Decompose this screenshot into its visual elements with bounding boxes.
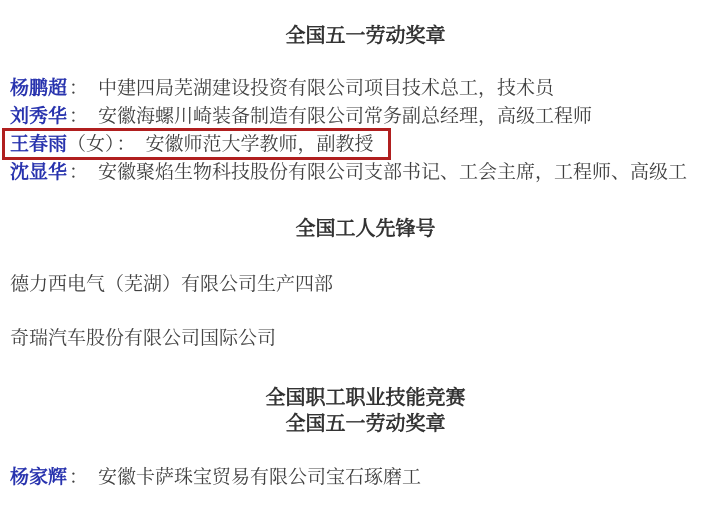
entry-name: 沈显华 (10, 162, 67, 183)
section-title-labor-medal: 全国五一劳动奖章 (14, 25, 717, 47)
section-title-worker-pioneer: 全国工人先锋号 (14, 218, 717, 240)
section-title-labor-medal-2: 全国五一劳动奖章 (14, 413, 717, 435)
entry-description: 中建四局芜湖建设投资有限公司项目技术总工，技术员 (98, 78, 554, 99)
entry-description: 安徽海螺川崎装备制造有限公司常务副总经理，高级工程师 (98, 106, 592, 127)
award-entry: 沈显华：安徽聚焰生物科技股份有限公司支部书记、工会主席，工程师、高级工 (10, 162, 687, 184)
entry-name: 刘秀华 (10, 106, 67, 127)
award-entry: 杨鹏超：中建四局芜湖建设投资有限公司项目技术总工，技术员 (10, 78, 554, 100)
entry-name: 杨家辉 (10, 467, 67, 488)
section-title-skills-competition: 全国职工职业技能竞赛 (14, 387, 717, 409)
entry-separator: ： (69, 106, 88, 127)
entry-separator: ： (117, 134, 136, 155)
entry-description: 安徽师范大学教师，副教授 (146, 134, 374, 155)
entry-separator: ： (69, 78, 88, 99)
entry-name: 杨鹏超 (10, 78, 67, 99)
entry-name: 王春雨 (10, 134, 67, 155)
award-entry: 杨家辉：安徽卡萨珠宝贸易有限公司宝石琢磨工 (10, 467, 421, 489)
award-entry: 刘秀华：安徽海螺川崎装备制造有限公司常务副总经理，高级工程师 (10, 106, 592, 128)
entry-separator: ： (69, 162, 88, 183)
award-entry-highlighted: 王春雨（女）：安徽师范大学教师，副教授 (10, 134, 374, 156)
pioneer-entry: 德力西电气（芜湖）有限公司生产四部 (10, 274, 333, 296)
entry-description: 安徽卡萨珠宝贸易有限公司宝石琢磨工 (98, 467, 421, 488)
entry-separator: ： (69, 467, 88, 488)
entry-gender: （女） (67, 134, 115, 155)
pioneer-entry: 奇瑞汽车股份有限公司国际公司 (10, 328, 276, 350)
award-document-page: 全国五一劳动奖章 杨鹏超：中建四局芜湖建设投资有限公司项目技术总工，技术员 刘秀… (0, 0, 717, 510)
entry-description: 安徽聚焰生物科技股份有限公司支部书记、工会主席，工程师、高级工 (98, 162, 687, 183)
